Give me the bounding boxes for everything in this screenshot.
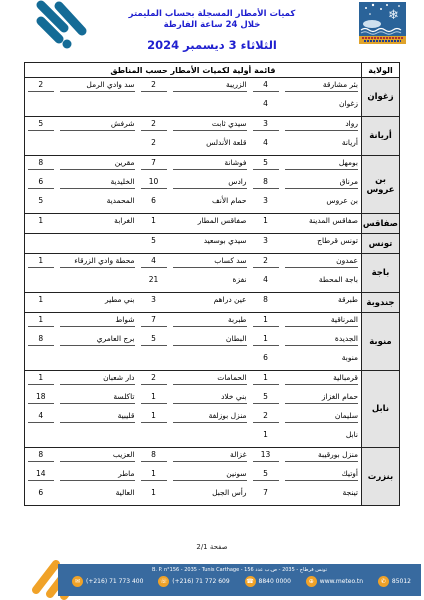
rain-value-cell (24, 97, 56, 117)
wilaya-column-header: الولاية (362, 63, 400, 78)
station-name-cell: قلعة الأندلس (170, 136, 250, 156)
rain-value-cell: 18 (24, 390, 56, 409)
rain-value-cell: 1 (24, 313, 56, 333)
rain-value-cell: 4 (250, 273, 282, 293)
table-row: أريانة4قلعة الأندلس2 (24, 136, 399, 156)
rain-value-cell: 4 (250, 97, 282, 117)
fax-icon: ☏ (158, 576, 169, 587)
rain-value-cell (24, 351, 56, 371)
rain-value-cell: 8 (24, 156, 56, 176)
table-row: زغوان4 (24, 97, 399, 117)
table-row: زغوانبئر مشارقة4الزريبة2سد وادي الرمل2 (24, 78, 399, 98)
contact-text: 8840 0000 (259, 578, 291, 585)
rain-value-cell: 2 (24, 78, 56, 98)
contact-item: ☏(+216) 71 772 609 (158, 576, 229, 587)
station-name-cell: بومهل (282, 156, 362, 176)
station-name-cell: أوتيك (282, 467, 362, 486)
globe-icon: ⊕ (306, 576, 317, 587)
station-name-cell: البطان (170, 332, 250, 351)
rain-value-cell: 2 (138, 78, 170, 98)
rain-value-cell: 3 (138, 293, 170, 313)
rain-value-cell: 2 (138, 117, 170, 137)
rain-value-cell (138, 428, 170, 448)
station-name-cell: سد وادي الرمل (57, 78, 138, 98)
station-name-cell: رواد (282, 117, 362, 137)
rain-value-cell: 3 (250, 234, 282, 254)
station-name-cell (57, 136, 138, 156)
station-name-cell: العزيب (57, 448, 138, 468)
table-row: مرناق8رادس10الخليدية6 (24, 175, 399, 194)
wilaya-cell: تونس (362, 234, 400, 254)
rain-value-cell: 2 (138, 371, 170, 391)
rain-value-cell: 13 (250, 448, 282, 468)
station-name-cell: الزريبة (170, 78, 250, 98)
station-name-cell: فوشانة (170, 156, 250, 176)
rain-value-cell (24, 273, 56, 293)
inm-emblem-sky: ❄ (359, 2, 406, 36)
table-row: سليمان2منزل بوزلفة1قليبية4 (24, 409, 399, 428)
rain-value-cell: 2 (250, 254, 282, 274)
rain-value-cell: 7 (138, 156, 170, 176)
rain-value-cell: 14 (24, 467, 56, 486)
rain-value-cell: 5 (250, 390, 282, 409)
rain-value-cell: 1 (138, 486, 170, 506)
table-row: منوبةالمرناقية1طبربة7شواط1 (24, 313, 399, 333)
rain-value-cell: 6 (250, 351, 282, 371)
footer-contacts: ✉(+216) 71 773 400☏(+216) 71 772 609☎884… (58, 574, 421, 587)
contact-item: ✉(+216) 71 773 400 (72, 576, 143, 587)
wilaya-group: تونستونس قرطاج3سيدي بوسعيد5 (24, 234, 399, 254)
table-row: حمام الغزاز5بني خلاد1تاكلسة18 (24, 390, 399, 409)
contact-text: www.meteo.tn (320, 578, 363, 585)
station-name-cell: الخليدية (57, 175, 138, 194)
station-name-cell: قرمبالية (282, 371, 362, 391)
wilaya-group: نابلقرمبالية1الحمامات2دار شعبان1حمام الغ… (24, 371, 399, 448)
wilaya-cell: نابل (362, 371, 400, 448)
contact-text: 85012 (392, 578, 411, 585)
inm-emblem-logo: ❄ (359, 2, 406, 45)
station-name-cell: برج العامري (57, 332, 138, 351)
contact-item: ✆85012 (378, 576, 411, 587)
station-name-cell (57, 428, 138, 448)
station-name-cell: منزل بورقيبة (282, 448, 362, 468)
wilaya-cell: منوبة (362, 313, 400, 371)
rain-value-cell (24, 136, 56, 156)
rain-value-cell: 7 (250, 486, 282, 506)
contact-item: ☎8840 0000 (245, 576, 291, 587)
station-name-cell: طبرقة (282, 293, 362, 313)
sms-icon: ✆ (378, 576, 389, 587)
rain-value-cell: 1 (24, 293, 56, 313)
station-name-cell: بن عروس (282, 194, 362, 214)
rain-value-cell: 4 (250, 78, 282, 98)
station-name-cell: زغوان (282, 97, 362, 117)
contact-item: ⊕www.meteo.tn (306, 576, 363, 587)
station-name-cell: سيدي بوسعيد (170, 234, 250, 254)
station-name-cell (57, 351, 138, 371)
station-name-cell: نفزة (170, 273, 250, 293)
rain-value-cell: 8 (138, 448, 170, 468)
station-name-cell (170, 428, 250, 448)
rain-value-cell: 1 (24, 214, 56, 234)
footer-address: B. P. n°156 - 2035 - Tunis Carthage - تو… (58, 566, 421, 574)
rain-value-cell: 2 (138, 136, 170, 156)
station-name-cell: عين دراهم (170, 293, 250, 313)
contact-text: (+216) 71 773 400 (86, 578, 143, 585)
station-name-cell: سونين (170, 467, 250, 486)
rain-value-cell: 3 (250, 117, 282, 137)
station-name-cell: طبربة (170, 313, 250, 333)
rain-value-cell: 1 (138, 390, 170, 409)
table-row: بنزرتمنزل بورقيبة13غزالة8العزيب8 (24, 448, 399, 468)
station-name-cell: شواط (57, 313, 138, 333)
station-name-cell (170, 351, 250, 371)
rain-table: الولاية قائمة أولية لكميات الأمطار حسب ا… (24, 62, 400, 506)
station-name-cell: رادس (170, 175, 250, 194)
wilaya-cell: باجة (362, 254, 400, 293)
station-name-cell: نابل (282, 428, 362, 448)
rain-value-cell: 5 (138, 332, 170, 351)
station-name-cell (57, 97, 138, 117)
wilaya-cell: جندوبة (362, 293, 400, 313)
inm-emblem-band (359, 36, 406, 44)
station-name-cell: عمدون (282, 254, 362, 274)
rain-value-cell: 21 (138, 273, 170, 293)
station-name-cell: الغرابة (57, 214, 138, 234)
svg-text:❄: ❄ (388, 8, 399, 23)
wilaya-group: منوبةالمرناقية1طبربة7شواط1الجديدة1البطان… (24, 313, 399, 371)
station-name-cell: مرناق (282, 175, 362, 194)
wilaya-cell: أريانة (362, 117, 400, 156)
rain-value-cell (24, 234, 56, 254)
rain-value-cell: 1 (138, 214, 170, 234)
wilaya-group: بنزرتمنزل بورقيبة13غزالة8العزيب8أوتيك5سو… (24, 448, 399, 506)
rain-value-cell: 4 (24, 409, 56, 428)
wilaya-cell: بنزرت (362, 448, 400, 506)
table-row: منوبة6 (24, 351, 399, 371)
station-name-cell: رأس الجبل (170, 486, 250, 506)
station-name-cell: أريانة (282, 136, 362, 156)
station-name-cell (57, 273, 138, 293)
table-row: جندوبةطبرقة8عين دراهم3بني مطير1 (24, 293, 399, 313)
report-page: كميات الأمطار المسجلة بحساب المليمتر خلا… (0, 0, 424, 600)
phone-icon: ☎ (245, 576, 256, 587)
table-header-row: الولاية قائمة أولية لكميات الأمطار حسب ا… (24, 63, 399, 78)
table-row: الجديدة1البطان5برج العامري8 (24, 332, 399, 351)
table-row: باجةعمدون2سد كساب4محطة وادي الزرقاء1 (24, 254, 399, 274)
rain-value-cell: 5 (250, 156, 282, 176)
station-name-cell: ماطر (57, 467, 138, 486)
station-name-cell: صفاقس المطار (170, 214, 250, 234)
page-number: صفحة 2/1 (0, 543, 424, 551)
rain-value-cell: 4 (250, 136, 282, 156)
station-name-cell: الجديدة (282, 332, 362, 351)
rain-value-cell: 7 (138, 313, 170, 333)
footer-bar: B. P. n°156 - 2035 - Tunis Carthage - تو… (58, 564, 421, 596)
rain-value-cell: 6 (138, 194, 170, 214)
station-name-cell: المرناقية (282, 313, 362, 333)
table-row: تونستونس قرطاج3سيدي بوسعيد5 (24, 234, 399, 254)
table-row: أريانةرواد3سيدي ثابت2شرفش5 (24, 117, 399, 137)
station-name-cell: بني خلاد (170, 390, 250, 409)
rain-value-cell: 5 (24, 194, 56, 214)
station-name-cell: حمام الغزاز (282, 390, 362, 409)
table-row: بن عروسبومهل5فوشانة7مقرين8 (24, 156, 399, 176)
rain-value-cell: 2 (250, 409, 282, 428)
rain-value-cell: 6 (24, 175, 56, 194)
station-name-cell: محطة وادي الزرقاء (57, 254, 138, 274)
rain-value-cell: 1 (24, 371, 56, 391)
wilaya-group: صفاقسصفاقس المدينة1صفاقس المطار1الغرابة1 (24, 214, 399, 234)
table-row: نابل1 (24, 428, 399, 448)
table-row: تينجة7رأس الجبل1العالية6 (24, 486, 399, 506)
rain-value-cell: 6 (24, 486, 56, 506)
station-name-cell: تاكلسة (57, 390, 138, 409)
rain-value-cell: 1 (138, 409, 170, 428)
wilaya-group: زغوانبئر مشارقة4الزريبة2سد وادي الرمل2زغ… (24, 78, 399, 117)
rain-value-cell: 5 (138, 234, 170, 254)
station-name-cell: منزل بوزلفة (170, 409, 250, 428)
rain-value-cell: 8 (24, 448, 56, 468)
station-name-cell (170, 97, 250, 117)
rain-value-cell: 8 (250, 293, 282, 313)
rain-value-cell: 1 (250, 332, 282, 351)
wilaya-group: جندوبةطبرقة8عين دراهم3بني مطير1 (24, 293, 399, 313)
table-row: نابلقرمبالية1الحمامات2دار شعبان1 (24, 371, 399, 391)
wilaya-group: باجةعمدون2سد كساب4محطة وادي الزرقاء1باجة… (24, 254, 399, 293)
station-name-cell: شرفش (57, 117, 138, 137)
rain-value-cell: 1 (138, 467, 170, 486)
rain-value-cell: 1 (250, 428, 282, 448)
station-name-cell: سليمان (282, 409, 362, 428)
table-row: أوتيك5سونين1ماطر14 (24, 467, 399, 486)
station-name-cell (57, 234, 138, 254)
rain-value-cell: 8 (250, 175, 282, 194)
table-row: صفاقسصفاقس المدينة1صفاقس المطار1الغرابة1 (24, 214, 399, 234)
wilaya-group: أريانةرواد3سيدي ثابت2شرفش5أريانة4قلعة ال… (24, 117, 399, 156)
wilaya-group: بن عروسبومهل5فوشانة7مقرين8مرناق8رادس10ال… (24, 156, 399, 214)
station-name-cell: دار شعبان (57, 371, 138, 391)
rain-value-cell (138, 97, 170, 117)
rain-value-cell (138, 351, 170, 371)
rain-value-cell: 5 (24, 117, 56, 137)
rain-value-cell: 1 (250, 371, 282, 391)
station-name-cell: الحمامات (170, 371, 250, 391)
station-name-cell: قليبية (57, 409, 138, 428)
rain-value-cell: 10 (138, 175, 170, 194)
rain-value-cell: 5 (250, 467, 282, 486)
station-name-cell: بني مطير (57, 293, 138, 313)
station-name-cell: حمام الأنف (170, 194, 250, 214)
wilaya-cell: بن عروس (362, 156, 400, 214)
station-name-cell: سيدي ثابت (170, 117, 250, 137)
station-name-cell: تينجة (282, 486, 362, 506)
station-name-cell: منوبة (282, 351, 362, 371)
rain-value-cell: 3 (250, 194, 282, 214)
station-name-cell: العالية (57, 486, 138, 506)
rain-value-cell: 1 (24, 254, 56, 274)
rain-value-cell: 8 (24, 332, 56, 351)
table-title: قائمة أولية لكميات الأمطار حسب المناطق (24, 63, 361, 78)
station-name-cell: صفاقس المدينة (282, 214, 362, 234)
wilaya-cell: زغوان (362, 78, 400, 117)
station-name-cell: تونس قرطاج (282, 234, 362, 254)
station-name-cell: بئر مشارقة (282, 78, 362, 98)
rain-value-cell: 1 (250, 313, 282, 333)
table-row: بن عروس3حمام الأنف6المحمدية5 (24, 194, 399, 214)
rain-value-cell: 4 (138, 254, 170, 274)
station-name-cell: غزالة (170, 448, 250, 468)
station-name-cell: باجة المحطة (282, 273, 362, 293)
envelope-icon: ✉ (72, 576, 83, 587)
rain-value-cell: 1 (250, 214, 282, 234)
table-row: باجة المحطة4نفزة21 (24, 273, 399, 293)
contact-text: (+216) 71 772 609 (172, 578, 229, 585)
station-name-cell: المحمدية (57, 194, 138, 214)
station-name-cell: مقرين (57, 156, 138, 176)
wilaya-cell: صفاقس (362, 214, 400, 234)
rain-value-cell (24, 428, 56, 448)
station-name-cell: سد كساب (170, 254, 250, 274)
